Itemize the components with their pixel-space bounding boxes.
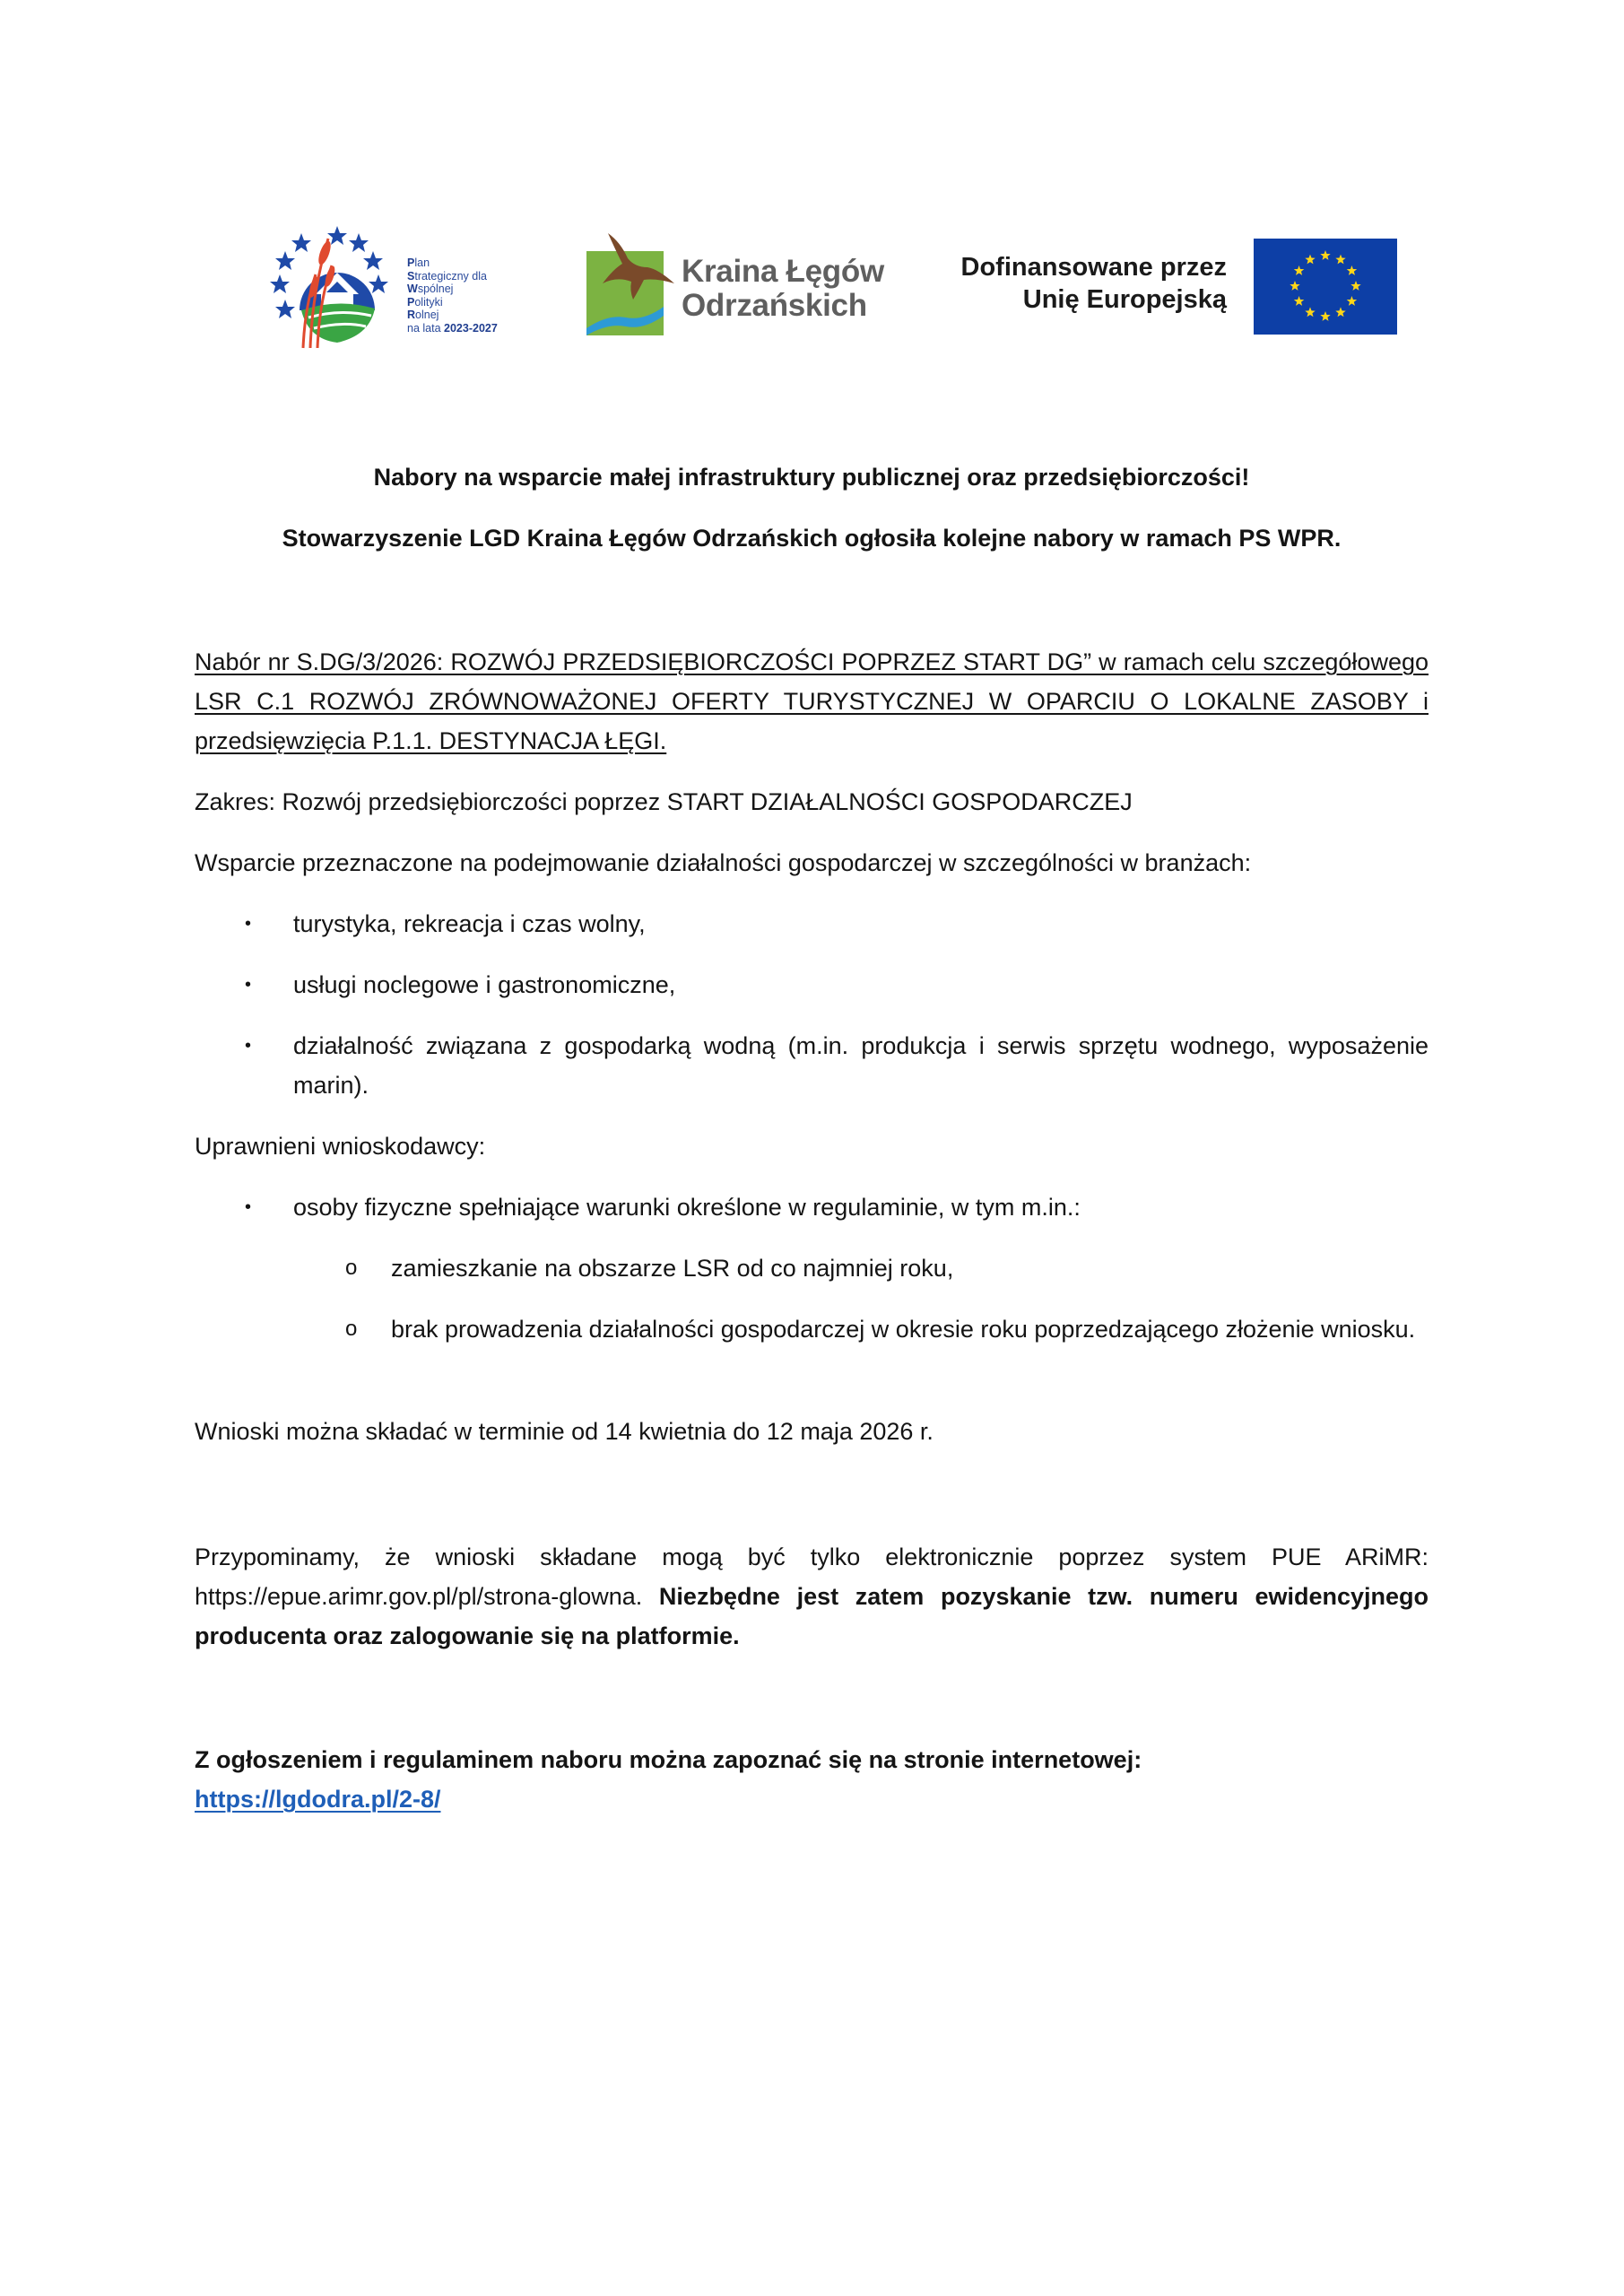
psp-logo-text: Plan Strategiczny dla Wspólnej Polityki …	[407, 257, 498, 335]
sub-bullet-icon: o	[345, 1309, 357, 1349]
reminder-paragraph: Przypominamy, że wnioski składane mogą b…	[195, 1537, 1429, 1656]
psp-wpr-logo: Plan Strategiczny dla Wspólnej Polityki …	[265, 221, 525, 352]
document-subtitle: Stowarzyszenie LGD Kraina Łęgów Odrzańsk…	[195, 518, 1429, 558]
bullet-icon: •	[245, 1026, 251, 1065]
eagle-river-emblem-icon	[581, 228, 680, 344]
document-title: Nabory na wsparcie małej infrastruktury …	[195, 457, 1429, 497]
regulations-link[interactable]: https://lgdodra.pl/2-8/	[195, 1786, 441, 1813]
sub-bullet-icon: o	[345, 1248, 357, 1288]
eu-cofinanced-logo: Dofinansowane przez Unię Europejską	[958, 239, 1406, 339]
lgd-logo-text: Kraina Łęgów Odrzańskich	[682, 255, 884, 323]
logo-bar: Plan Strategiczny dla Wspólnej Polityki …	[0, 215, 1624, 359]
call-heading: Nabór nr S.DG/3/2026: ROZWÓJ PRZEDSIĘBIO…	[195, 642, 1429, 761]
eu-flag-icon	[1254, 239, 1397, 335]
psp-emblem-icon	[265, 221, 400, 352]
bullet-icon: •	[245, 965, 251, 1004]
eu-logo-text: Dofinansowane przez Unię Europejską	[961, 251, 1228, 316]
lgd-kraina-legow-logo: Kraina Łęgów Odrzańskich	[581, 228, 895, 344]
bullet-icon: •	[245, 904, 251, 944]
scope-text: Zakres: Rozwój przedsiębiorczości poprze…	[195, 782, 1429, 822]
info-link-row: https://lgdodra.pl/2-8/	[195, 1779, 1429, 1819]
info-heading: Z ogłoszeniem i regulaminem naboru można…	[195, 1740, 1429, 1779]
deadline-text: Wnioski można składać w terminie od 14 k…	[195, 1412, 1429, 1451]
eligible-heading: Uprawnieni wnioskodawcy:	[195, 1126, 1429, 1166]
support-intro: Wsparcie przeznaczone na podejmowanie dz…	[195, 843, 1429, 883]
bullet-icon: •	[245, 1187, 251, 1227]
